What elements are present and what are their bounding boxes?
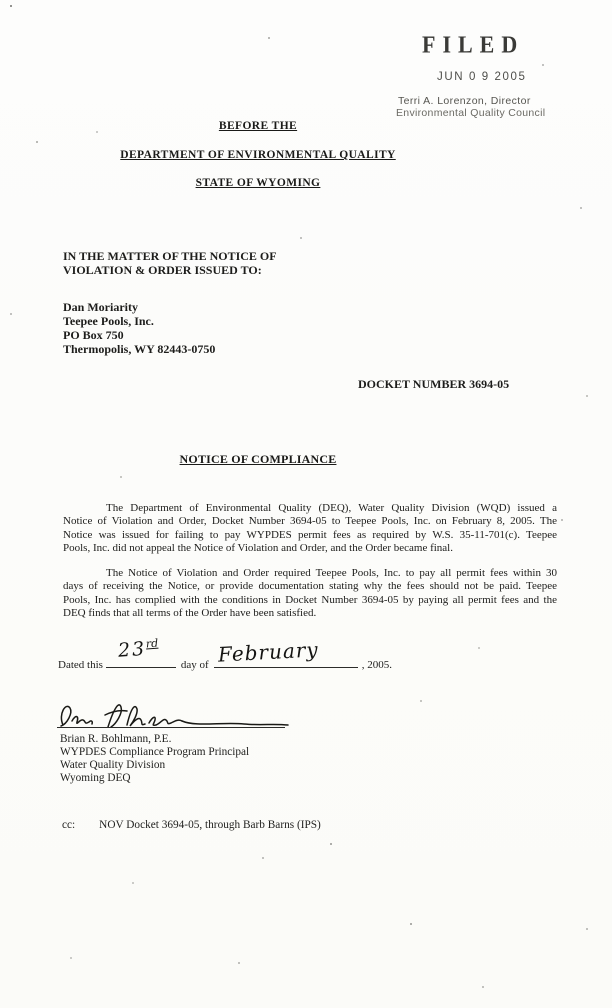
paragraph-2-line-3: Pools, Inc. has complied with the condit…	[63, 594, 557, 607]
day-blank-line: 23rd	[106, 655, 176, 668]
handwritten-day-number: 23	[117, 638, 147, 662]
paragraph-1-line-3: Notice was issued for failing to pay WYP…	[63, 529, 557, 542]
filed-stamp-date: JUN 0 9 2005	[437, 71, 527, 83]
body-paragraph-1: The Department of Environmental Quality …	[63, 502, 557, 556]
cc-text: NOV Docket 3694-05, through Barb Barns (…	[99, 819, 321, 831]
signature-line	[57, 727, 285, 728]
body-paragraph-2: The Notice of Violation and Order requir…	[63, 567, 557, 621]
dated-prefix: Dated this	[58, 659, 103, 671]
handwritten-month: February	[217, 637, 319, 666]
signatory-org: Wyoming DEQ	[60, 772, 249, 785]
paragraph-1-line-1: The Department of Environmental Quality …	[63, 502, 557, 515]
respondent-po-box: PO Box 750	[63, 328, 215, 342]
heading-department: DEPARTMENT OF ENVIRONMENTAL QUALITY	[60, 149, 456, 161]
case-caption-line-1: IN THE MATTER OF THE NOTICE OF	[63, 250, 277, 264]
paragraph-2-line-4: DEQ finds that all terms of the Order ha…	[63, 607, 557, 620]
respondent-address-block: Dan Moriarity Teepee Pools, Inc. PO Box …	[63, 300, 215, 356]
month-blank-line: February	[214, 655, 358, 668]
document-title: NOTICE OF COMPLIANCE	[60, 452, 456, 467]
paragraph-2-line-1: The Notice of Violation and Order requir…	[63, 567, 557, 580]
signatory-block: Brian R. Bohlmann, P.E. WYPDES Complianc…	[60, 733, 249, 785]
case-caption-line-2: VIOLATION & ORDER ISSUED TO:	[63, 264, 277, 278]
respondent-city-state-zip: Thermopolis, WY 82443-0750	[63, 342, 215, 356]
filed-stamp-council: Environmental Quality Council	[396, 107, 545, 119]
case-caption: IN THE MATTER OF THE NOTICE OF VIOLATION…	[63, 250, 277, 277]
dated-middle: day of	[181, 659, 209, 671]
filed-stamp-officer: Terri A. Lorenzon, Director	[398, 95, 531, 107]
cc-label: cc:	[62, 819, 75, 831]
heading-state: STATE OF WYOMING	[60, 177, 456, 189]
handwritten-day-suffix: rd	[145, 637, 158, 651]
paragraph-2-line-2: days of receiving the Notice, or provide…	[63, 580, 557, 593]
handwritten-day: 23rd	[117, 637, 159, 662]
respondent-company: Teepee Pools, Inc.	[63, 314, 215, 328]
filed-stamp-text: FILED	[422, 31, 524, 59]
cc-line: cc:NOV Docket 3694-05, through Barb Barn…	[62, 819, 321, 831]
heading-before-the: BEFORE THE	[60, 120, 456, 132]
docket-number: DOCKET NUMBER 3694-05	[358, 377, 509, 392]
dated-suffix: , 2005.	[362, 659, 392, 671]
paragraph-1-line-4: Pools, Inc. did not appeal the Notice of…	[63, 542, 557, 555]
paragraph-1-line-2: Notice of Violation and Order, Docket Nu…	[63, 515, 557, 528]
scanned-document-page: FILED JUN 0 9 2005 Terri A. Lorenzon, Di…	[0, 0, 612, 1008]
dated-line: Dated this 23rd day of February , 2005.	[58, 655, 392, 671]
respondent-name: Dan Moriarity	[63, 300, 215, 314]
signatory-title: WYPDES Compliance Program Principal	[60, 746, 249, 759]
signatory-division: Water Quality Division	[60, 759, 249, 772]
scan-noise-specks	[0, 0, 2, 2]
signatory-name: Brian R. Bohlmann, P.E.	[60, 733, 249, 746]
